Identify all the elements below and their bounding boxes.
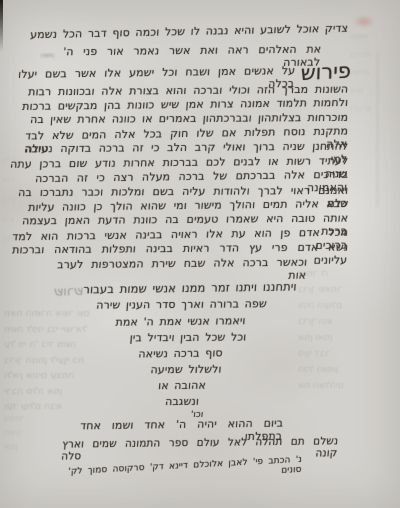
bleedthrough-line: את האלהים	[298, 378, 364, 394]
bleedthrough-line: משה לפני בני ישראל	[4, 322, 116, 338]
bleedthrough-line: על פי ה' ביד משה	[4, 337, 116, 353]
bleedthrough-line: אמן	[4, 440, 60, 454]
bleedthrough-line: סוף דבר	[298, 346, 364, 362]
handwritten-line-centered: שפה ברורה וארך סדר הענין שירה	[95, 298, 269, 312]
bleedthrough-line: והיה העולם	[298, 298, 364, 314]
handwritten-line-paragraph: וכאשר ברכה אלה שבח שירת המצטרפות לערב או…	[56, 257, 307, 276]
bleedthrough-line: הכל נשמע	[298, 362, 364, 378]
scan-edge-shadow	[0, 0, 3, 52]
handwritten-line-bottom: נשלם תם תהלה לאל עולם ספר התמונה שמים וא…	[61, 435, 338, 454]
bleedthrough-line: הזהר	[4, 426, 60, 440]
bleedthrough-text-block: פרק	[40, 50, 62, 62]
bleedthrough-line: ברוך הוא	[298, 314, 364, 330]
bleedthrough-line: בספר	[4, 412, 60, 426]
handwritten-line-centered: ויתחננו ויתנו זמר ממנו אנשי שמות בעבור	[68, 280, 313, 297]
bleedthrough-line: ולאין אונים עצמה	[4, 368, 116, 384]
handwritten-line-centered: ונשגבה	[158, 396, 207, 409]
bleedthrough-line: פרק	[40, 50, 62, 62]
bleedthrough-line: תפלה	[350, 64, 396, 82]
manuscript-page: פירוש שמותברכותתפלהאמןדבריםפרקאמרברוךהוא…	[0, 0, 400, 508]
bleedthrough-line: ברוך הנותן ליעף כח	[4, 353, 116, 369]
handwritten-line-bottom: ביום ההוא יהיה ה' אחד ושמו אחד בתפלתו	[79, 418, 283, 437]
bleedthrough-text-block: שמותברכותתפלהאמןדברים	[350, 28, 396, 118]
bleedthrough-text-block: וזאת התורה אשר שםמשה לפני בני ישראלעל פי…	[4, 306, 116, 415]
bleedthrough-line: אמן ואמן	[298, 330, 364, 346]
handwritten-line-centered: וכל שכל הבין ויבדיל בין	[123, 332, 252, 346]
bleedthrough-line: אמן	[350, 82, 396, 100]
handwritten-line-centered: ויאמרו אנשי אמת ה' אמת	[113, 315, 249, 329]
bleedthrough-line: ברכות	[350, 46, 396, 64]
bleedthrough-line: שמות	[350, 28, 396, 46]
handwritten-line-top: את האלהים ראה ואת אשר נאמר אור פני ה' לב…	[62, 44, 321, 63]
handwritten-line-centered: סוף ברכה נשיאה	[133, 347, 229, 361]
handwritten-line-centered: אהובה או	[152, 380, 213, 393]
handwritten-line-paragraph: על אנשים אמן ושבח וכל ישמע אלו אשר בשם י…	[17, 65, 295, 85]
bleedthrough-line: דברים	[350, 100, 396, 118]
red-ink-smudge	[353, 15, 375, 28]
bleedthrough-line: ירבה סלה אמן	[4, 384, 116, 400]
handwritten-line-centered: ולשלול שמיעה	[140, 364, 233, 377]
bleedthrough-text-block: בספרהזהראמן	[4, 412, 60, 454]
